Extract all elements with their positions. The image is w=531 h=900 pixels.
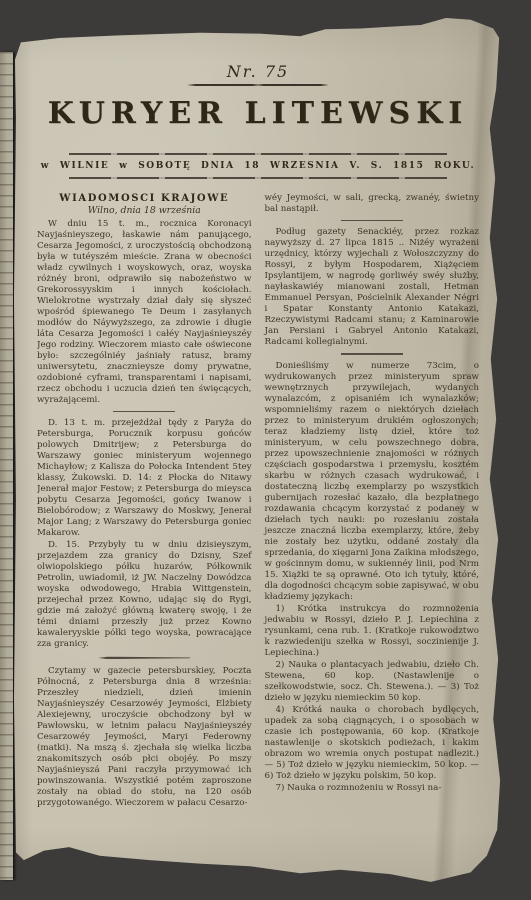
newspaper-title: KURYER LITEWSKI — [37, 96, 479, 131]
list-item-book-1: 1) Krótka instrukcya do rozmnożenia jedw… — [265, 604, 480, 659]
local-dateline: Wilno, dnia 18 września — [37, 205, 252, 216]
page-content: Nr. 75 KURYER LITEWSKI w WILNIE w SOBOTĘ… — [13, 18, 505, 888]
column-right: wéy Jeymości, w sali, grecką, zwanéy, św… — [265, 193, 480, 841]
issue-number: Nr. 75 — [37, 62, 479, 81]
paragraph-hussar-colonel: D. 15. Przybyły tu w dniu dzisieyszym, p… — [37, 540, 252, 650]
separator-arrow-rule — [98, 656, 190, 659]
dateline-top-rule — [69, 153, 447, 155]
list-item-book-2-3: 2) Nauka o plantacyach jedwabiu, dzieło … — [265, 660, 480, 704]
paragraph-petersburg-gazette: Czytamy w gazecie petersburskiey, Poczta… — [37, 666, 252, 809]
adjacent-page-edge — [0, 52, 13, 880]
column-left: WIADOMOSCI KRAJOWE Wilno, dnia 18 wrześn… — [37, 193, 252, 841]
paragraph-ministry-book-list: Donieśliśmy w numerze 73cim, o wydrukowa… — [265, 361, 480, 603]
issue-number-rule — [187, 84, 329, 86]
publication-dateline: w WILNIE w SOBOTĘ DNIA 18 WRZESNIA V. S.… — [37, 155, 479, 177]
list-item-book-4-6: 4) Krótká nauka o chorobach bydlęcych, u… — [265, 705, 480, 782]
separator-rule — [341, 220, 403, 221]
paragraph-coronation-anniversary: W dniu 15 t. m., rocznica Koronacyi Nayj… — [37, 219, 252, 406]
text-columns: WIADOMOSCI KRAJOWE Wilno, dnia 18 wrześn… — [37, 193, 479, 841]
dateline-bottom-rule — [69, 177, 447, 179]
section-heading-domestic-news: WIADOMOSCI KRAJOWE — [37, 193, 252, 204]
masthead: Nr. 75 KURYER LITEWSKI w WILNIE w SOBOTĘ… — [37, 62, 479, 179]
paragraph-continuation-ball: wéy Jeymości, w sali, grecką, zwanéy, św… — [265, 193, 480, 215]
torn-newspaper-page: Nr. 75 KURYER LITEWSKI w WILNIE w SOBOTĘ… — [13, 18, 505, 888]
separator-rule — [113, 411, 175, 412]
paragraph-couriers-travel: D. 13 t. m. przejeżdżał tędy z Paryża do… — [37, 418, 252, 539]
dateline-block: w WILNIE w SOBOTĘ DNIA 18 WRZESNIA V. S.… — [37, 153, 479, 179]
paragraph-senate-gazette: Podług gazety Senackiéy, przez rozkaz na… — [265, 227, 480, 348]
separator-rule — [341, 353, 403, 354]
scan-bed-background: Nr. 75 KURYER LITEWSKI w WILNIE w SOBOTĘ… — [0, 0, 531, 900]
list-item-book-7: 7) Nauka o rozmnożeniu w Rossyi na- — [265, 783, 480, 794]
